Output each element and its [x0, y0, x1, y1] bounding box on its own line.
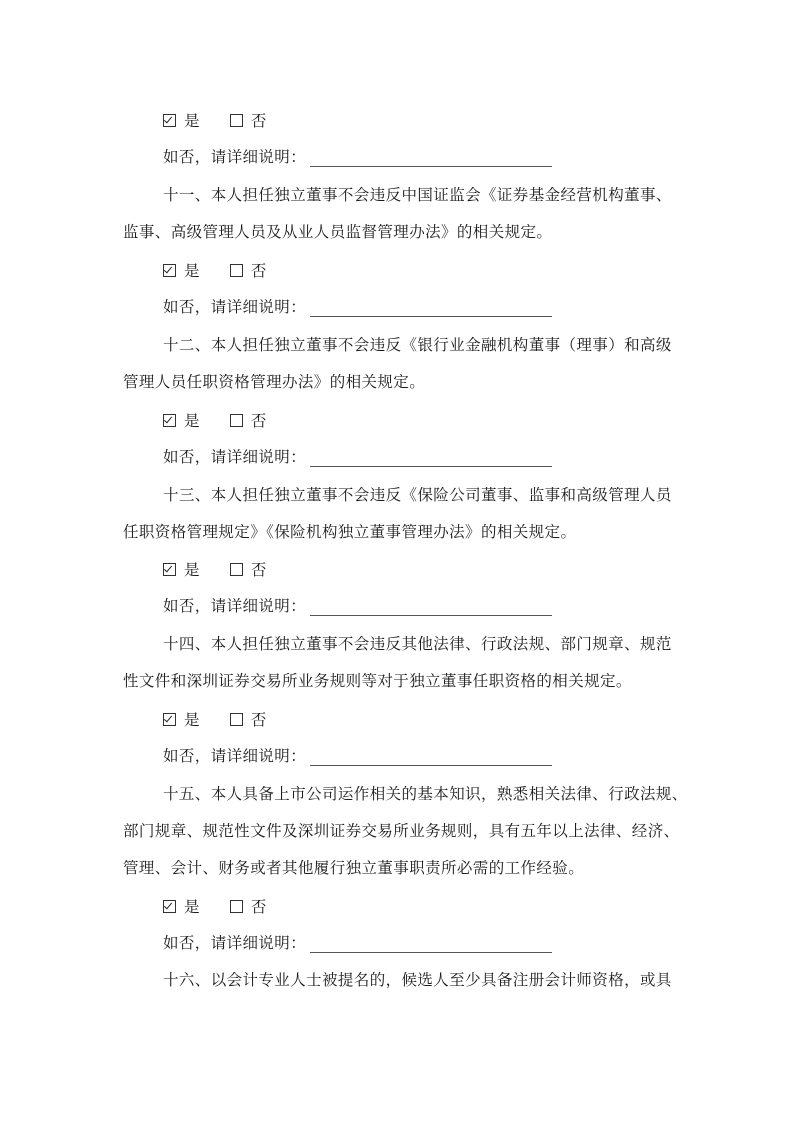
document-page: 是否 如否，请详细说明： 十一、本人担任独立董事不会违反中国证监会《证券基金经营…: [0, 0, 793, 1122]
no-checkbox[interactable]: [230, 563, 243, 576]
yes-checkbox[interactable]: [163, 264, 176, 277]
yes-label: 是: [184, 710, 200, 730]
explain-row-13: 如否，请详细说明：: [163, 596, 793, 616]
yes-label: 是: [184, 560, 200, 580]
explain-row-11: 如否，请详细说明：: [163, 297, 793, 317]
no-checkbox[interactable]: [230, 264, 243, 277]
explain-input[interactable]: [310, 750, 552, 766]
no-label: 否: [251, 261, 267, 281]
answer-row-10: 是否: [163, 110, 793, 130]
yes-checkbox[interactable]: [163, 563, 176, 576]
explain-label: 如否，请详细说明：: [163, 147, 306, 167]
explain-label: 如否，请详细说明：: [163, 297, 306, 317]
no-label: 否: [251, 560, 267, 580]
explain-input[interactable]: [310, 937, 552, 953]
item-11-line-2: 监事、高级管理人员及从业人员监督管理办法》的相关规定。: [123, 222, 793, 242]
no-checkbox[interactable]: [230, 713, 243, 726]
item-13-line-1: 十三、本人担任独立董事不会违反《保险公司董事、监事和高级管理人员: [163, 485, 793, 505]
yes-checkbox[interactable]: [163, 713, 176, 726]
answer-row-15: 是否: [163, 896, 793, 916]
no-label: 否: [251, 710, 267, 730]
answer-row-12: 是否: [163, 410, 793, 430]
explain-label: 如否，请详细说明：: [163, 746, 306, 766]
item-14-line-2: 性文件和深圳证券交易所业务规则等对于独立董事任职资格的相关规定。: [123, 671, 793, 691]
no-checkbox[interactable]: [230, 414, 243, 427]
explain-label: 如否，请详细说明：: [163, 447, 306, 467]
yes-checkbox[interactable]: [163, 900, 176, 913]
explain-input[interactable]: [310, 151, 552, 167]
item-16-line-1: 十六、以会计专业人士被提名的，候选人至少具备注册会计师资格，或具: [163, 970, 793, 990]
explain-input[interactable]: [310, 600, 552, 616]
no-checkbox[interactable]: [230, 114, 243, 127]
explain-label: 如否，请详细说明：: [163, 933, 306, 953]
no-label: 否: [251, 111, 267, 131]
yes-label: 是: [184, 411, 200, 431]
explain-row-12: 如否，请详细说明：: [163, 447, 793, 467]
explain-row-10: 如否，请详细说明：: [163, 147, 793, 167]
item-11-line-1: 十一、本人担任独立董事不会违反中国证监会《证券基金经营机构董事、: [163, 185, 793, 205]
item-12-line-2: 管理人员任职资格管理办法》的相关规定。: [123, 372, 793, 392]
explain-row-15: 如否，请详细说明：: [163, 933, 793, 953]
yes-label: 是: [184, 111, 200, 131]
yes-label: 是: [184, 261, 200, 281]
item-15-line-2: 部门规章、规范性文件及深圳证券交易所业务规则，具有五年以上法律、经济、: [123, 821, 793, 841]
yes-checkbox[interactable]: [163, 114, 176, 127]
no-label: 否: [251, 411, 267, 431]
answer-row-11: 是否: [163, 260, 793, 280]
explain-input[interactable]: [310, 451, 552, 467]
item-12-line-1: 十二、本人担任独立董事不会违反《银行业金融机构董事（理事）和高级: [163, 335, 793, 355]
item-14-line-1: 十四、本人担任独立董事不会违反其他法律、行政法规、部门规章、规范: [163, 634, 793, 654]
item-15-line-3: 管理、会计、财务或者其他履行独立董事职责所必需的工作经验。: [123, 858, 793, 878]
answer-row-13: 是否: [163, 559, 793, 579]
item-15-line-1: 十五、本人具备上市公司运作相关的基本知识，熟悉相关法律、行政法规、: [163, 784, 793, 804]
yes-checkbox[interactable]: [163, 414, 176, 427]
explain-input[interactable]: [310, 301, 552, 317]
answer-row-14: 是否: [163, 709, 793, 729]
explain-row-14: 如否，请详细说明：: [163, 746, 793, 766]
no-checkbox[interactable]: [230, 900, 243, 913]
yes-label: 是: [184, 897, 200, 917]
explain-label: 如否，请详细说明：: [163, 596, 306, 616]
item-13-line-2: 任职资格管理规定》《保险机构独立董事管理办法》的相关规定。: [123, 522, 793, 542]
no-label: 否: [251, 897, 267, 917]
